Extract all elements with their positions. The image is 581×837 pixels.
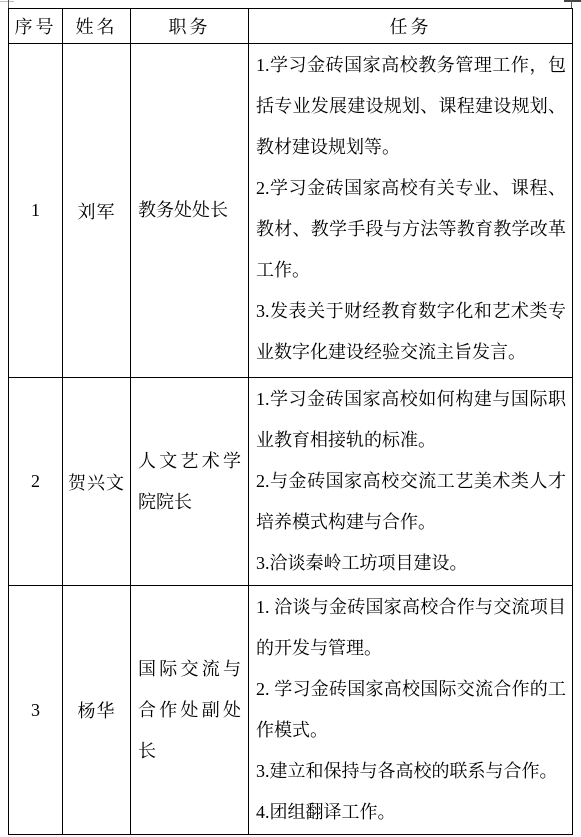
cell-renwu: 1.学习金砖国家高校教务管理工作，包括专业发展建设规划、课程建设规划、教材建设规… [249,44,573,378]
cropped-border-tick-left [8,0,9,8]
table-row: 1 刘军 教务处处长 1.学习金砖国家高校教务管理工作，包括专业发展建设规划、课… [9,44,573,378]
header-row: 序号 姓名 职务 任务 [9,9,573,44]
column-header-xuhao: 序号 [9,9,63,44]
cell-zhiwu: 教务处处长 [131,44,249,378]
cropped-border-tick-right [571,0,572,8]
task-item: 3.洽谈秦岭工坊项目建设。 [256,543,566,584]
task-item: 1.学习金砖国家高校如何构建与国际职业教育相接轨的标准。 [256,379,566,461]
task-item: 2. 学习金砖国家高校国际交流合作的工作模式。 [256,669,566,751]
assignment-table: 序号 姓名 职务 任务 1 刘军 教务处处长 1.学习金砖国家高校教务管理工作，… [8,8,573,835]
column-header-renwu: 任务 [249,9,573,44]
task-item: 4.团组翻译工作。 [256,792,566,833]
cell-renwu: 1.学习金砖国家高校如何构建与国际职业教育相接轨的标准。 2.与金砖国家高校交流… [249,378,573,586]
cell-xuhao: 1 [9,44,63,378]
cell-xingming: 刘军 [63,44,131,378]
cell-zhiwu: 国际交流与合作处副处长 [131,586,249,835]
cell-xuhao: 3 [9,586,63,835]
task-item: 2.与金砖国家高校交流工艺美术类人才培养模式构建与合作。 [256,461,566,543]
table-row: 2 贺兴文 人文艺术学院院长 1.学习金砖国家高校如何构建与国际职业教育相接轨的… [9,378,573,586]
task-item: 3.发表关于财经教育数字化和艺术类专业数字化建设经验交流主旨发言。 [256,291,566,373]
cell-xingming: 杨华 [63,586,131,835]
task-item: 2.学习金砖国家高校有关专业、课程、教材、教学手段与方法等教育教学改革工作。 [256,168,566,291]
cell-zhiwu: 人文艺术学院院长 [131,378,249,586]
cell-renwu: 1. 洽谈与金砖国家高校合作与交流项目的开发与管理。 2. 学习金砖国家高校国际… [249,586,573,835]
table-row: 3 杨华 国际交流与合作处副处长 1. 洽谈与金砖国家高校合作与交流项目的开发与… [9,586,573,835]
cell-xuhao: 2 [9,378,63,586]
cell-xingming: 贺兴文 [63,378,131,586]
cropped-row-artifact-left [0,1,14,2]
task-item: 1.学习金砖国家高校教务管理工作，包括专业发展建设规划、课程建设规划、教材建设规… [256,45,566,168]
task-item: 1. 洽谈与金砖国家高校合作与交流项目的开发与管理。 [256,587,566,669]
column-header-xingming: 姓名 [63,9,131,44]
task-item: 3.建立和保持与各高校的联系与合作。 [256,751,566,792]
cropped-row-artifact-right [564,0,581,2]
document-page: 序号 姓名 职务 任务 1 刘军 教务处处长 1.学习金砖国家高校教务管理工作，… [0,0,581,837]
column-header-zhiwu: 职务 [131,9,249,44]
